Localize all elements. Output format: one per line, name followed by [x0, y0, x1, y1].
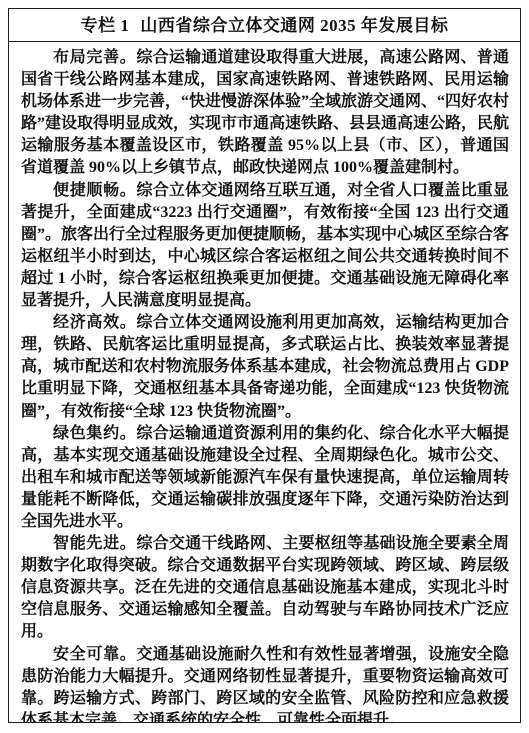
panel-title-text: 山西省综合立体交通网 2035 年发展目标 [140, 16, 448, 35]
paragraph-text: 综合立体交通网络互联互通，对全省人口覆盖比重显著提升，全面建成“3223 出行交… [21, 182, 509, 309]
paragraph-lead: 便捷顺畅。 [53, 182, 137, 199]
paragraph-lead: 经济高效。 [53, 314, 137, 331]
paragraph-lead: 布局完善。 [53, 49, 137, 66]
panel-body: 布局完善。综合运输通道建设取得重大进展，高速公路网、普通国省干线公路网基本建成，… [9, 42, 520, 722]
paragraph-lead: 安全可靠。 [53, 646, 137, 663]
paragraph-lead: 绿色集约。 [53, 425, 137, 442]
paragraph-efficiency-goals: 经济高效。综合立体交通网设施利用更加高效，运输结构更加合理，铁路、民航客运比重明… [21, 312, 509, 422]
paragraph-smart-goals: 智能先进。综合交通干线路网、主要枢纽等基础设施全要素全周期数字化取得突破。综合交… [21, 533, 509, 643]
paragraph-layout-goals: 布局完善。综合运输通道建设取得重大进展，高速公路网、普通国省干线公路网基本建成，… [21, 47, 509, 180]
paragraph-lead: 智能先进。 [53, 535, 137, 552]
paragraph-safety-goals: 安全可靠。交通基础设施耐久性和有效性显著增强，设施安全隐患防治能力大幅提升。交通… [21, 644, 509, 722]
paragraph-text: 综合运输通道建设取得重大进展，高速公路网、普通国省干线公路网基本建成，国家高速铁… [21, 49, 509, 176]
column-panel: 专栏 1山西省综合立体交通网 2035 年发展目标 布局完善。综合运输通道建设取… [8, 8, 521, 723]
paragraph-convenience-goals: 便捷顺畅。综合立体交通网络互联互通，对全省人口覆盖比重显著提升，全面建成“322… [21, 180, 509, 313]
panel-title: 专栏 1山西省综合立体交通网 2035 年发展目标 [9, 9, 520, 42]
paragraph-green-goals: 绿色集约。综合运输通道资源利用的集约化、综合化水平大幅提高，基本实现交通基础设施… [21, 423, 509, 533]
panel-label: 专栏 1 [81, 16, 130, 35]
